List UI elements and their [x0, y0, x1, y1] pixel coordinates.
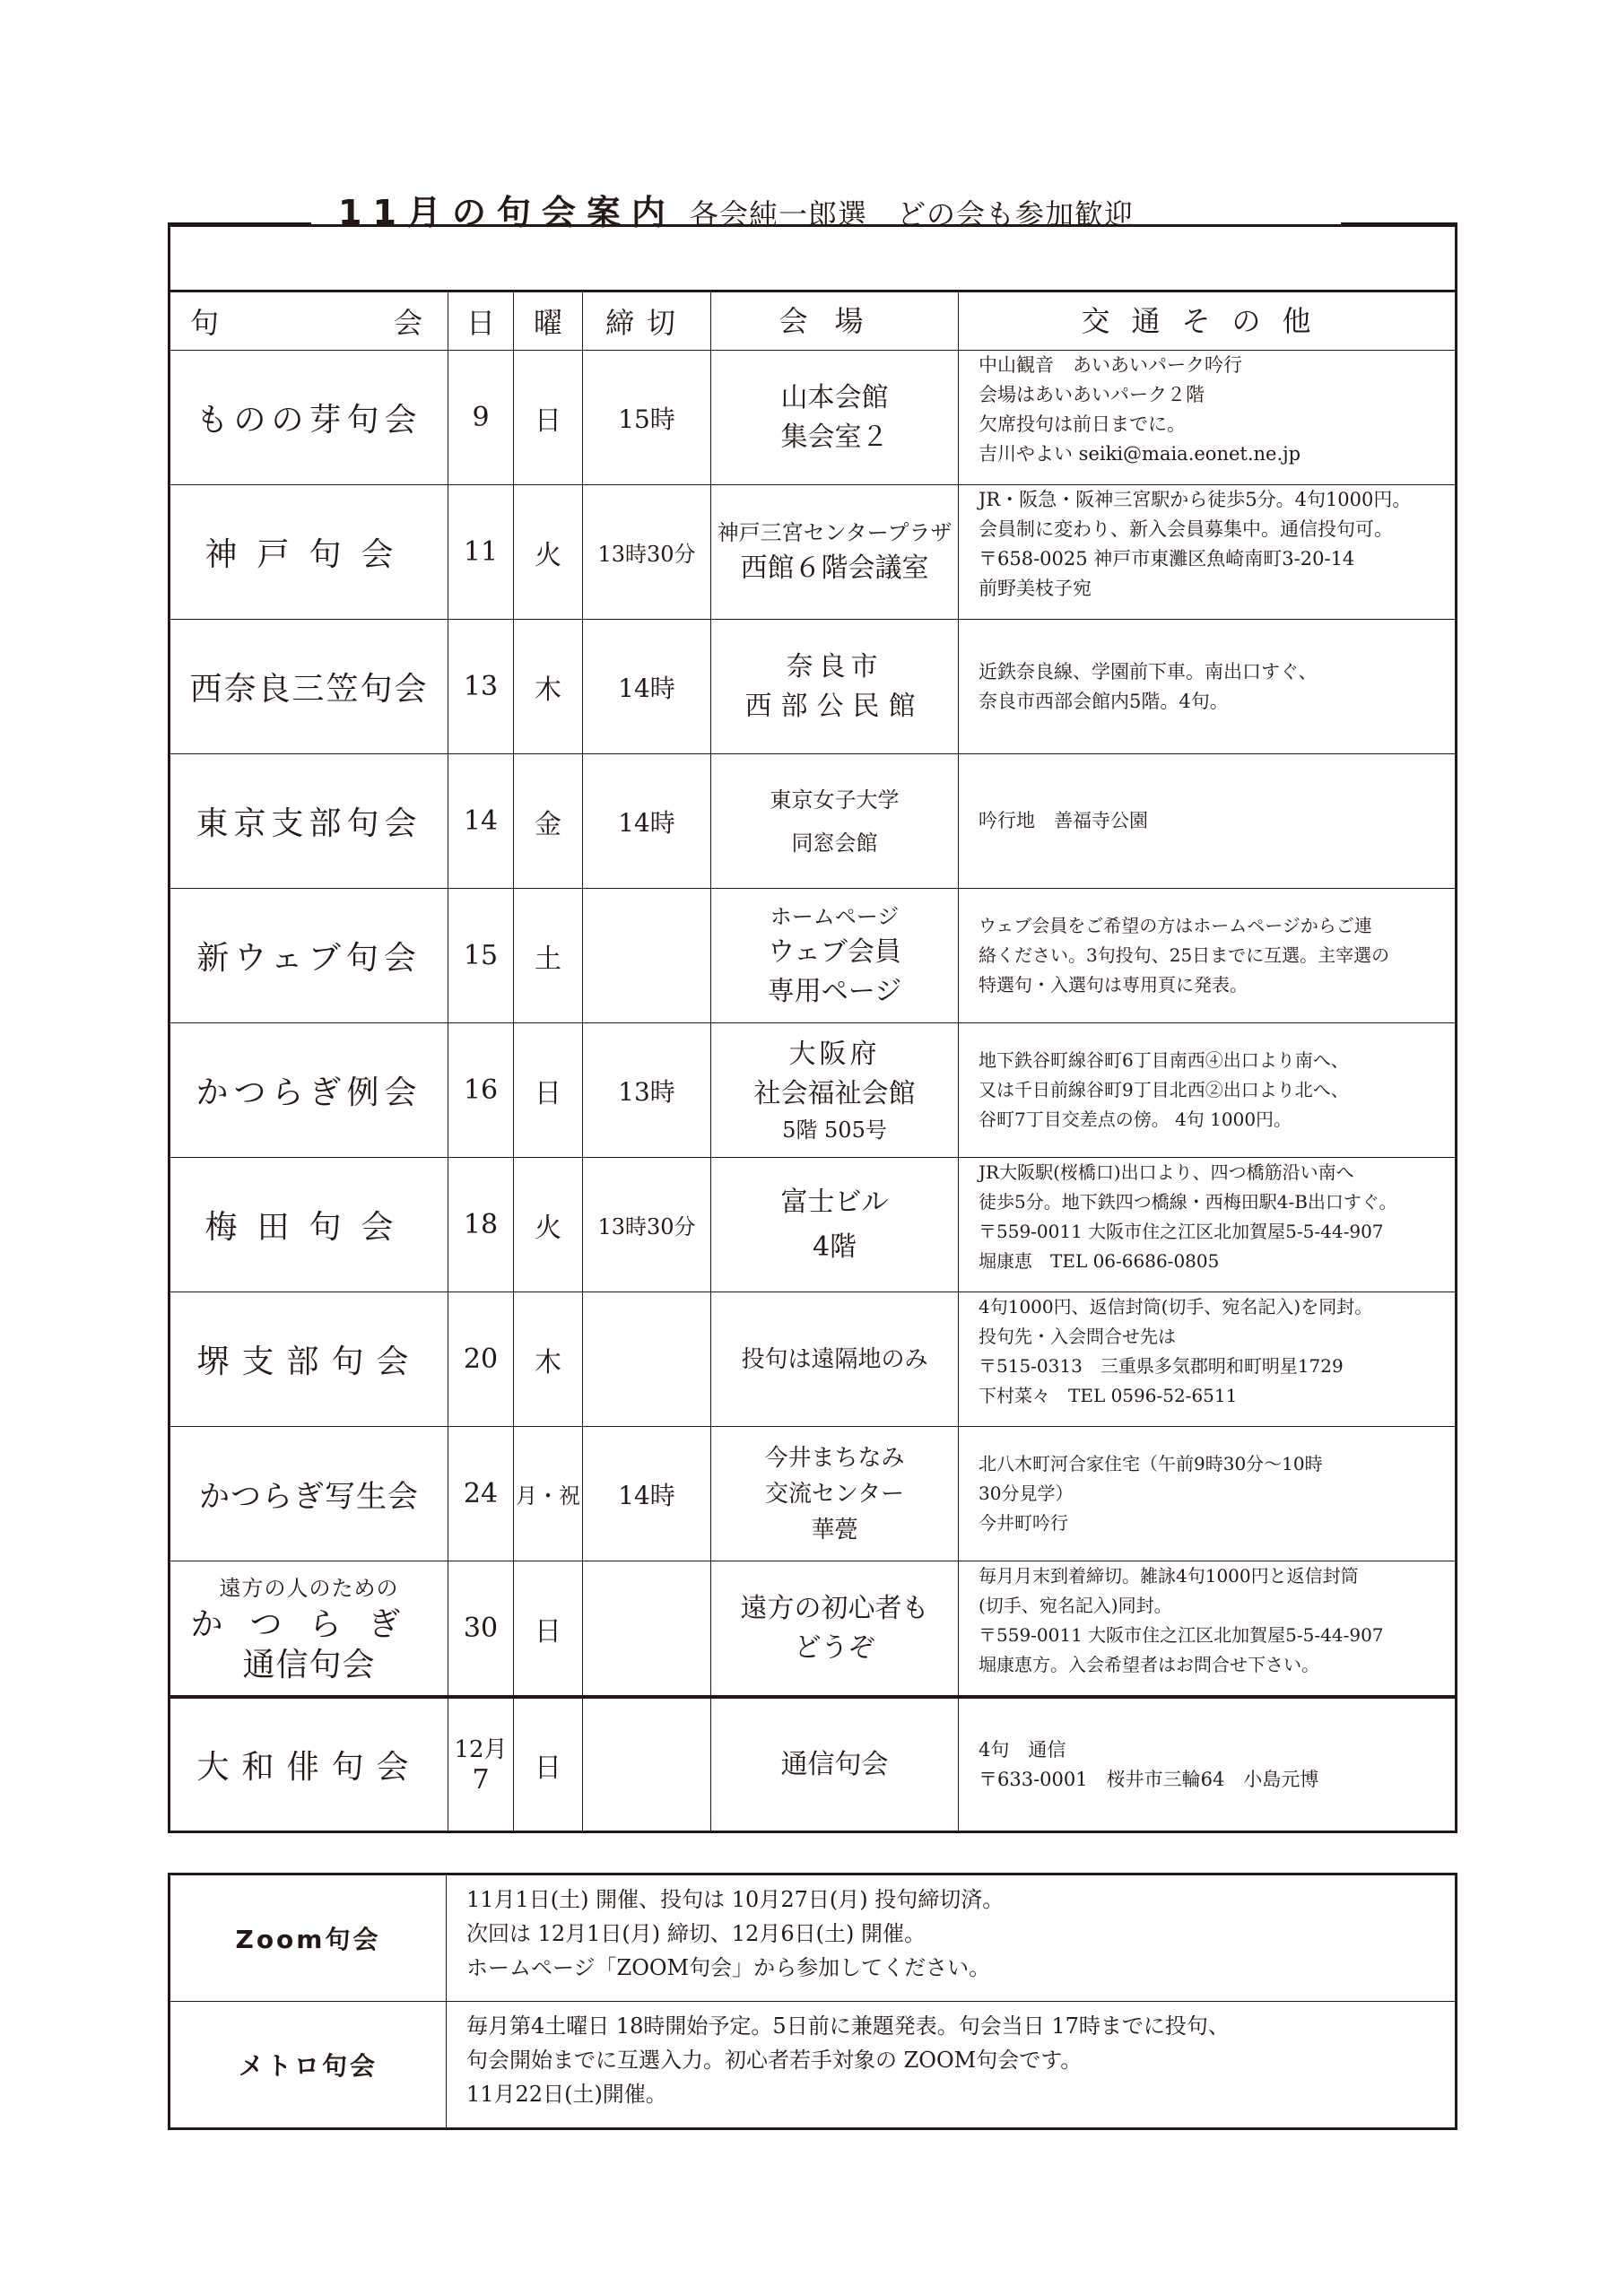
table-row: ものの芽句会 9 日 15時 山本会館 集会室２ 中山観音 あいあいパーク吟行 … — [170, 351, 1455, 485]
venue-line: 同窓会館 — [792, 822, 878, 865]
kukai-venue: 東京女子大学 同窓会館 — [711, 754, 959, 888]
kukai-venue: 山本会館 集会室２ — [711, 351, 959, 484]
kukai-info: JR・阪急・阪神三宮駅から徒歩5分。4句1000円。 会員制に変わり、新入会員募… — [959, 485, 1455, 619]
col-header-deadline: 締切 — [583, 292, 711, 350]
kukai-deadline: 14時 — [583, 620, 711, 753]
info-line: 地下鉄谷町線谷町6丁目南西④出口より南へ、 — [979, 1046, 1349, 1075]
venue-line: 通信句会 — [781, 1745, 889, 1785]
kukai-day: 24 — [448, 1427, 514, 1561]
info-line: 今井町吟行 — [979, 1509, 1068, 1538]
info-line: 会場はあいあいパーク２階 — [979, 380, 1205, 410]
online-line: ホームページ「ZOOM句会」から参加してください。 — [466, 1951, 1455, 1985]
kukai-info: 4句 通信 〒633-0001 桜井市三輪64 小島元博 — [959, 1699, 1455, 1831]
kukai-info: 北八木町河合家住宅（午前9時30分～10時 30分見学） 今井町吟行 — [959, 1427, 1455, 1561]
col-header-name-left: 句 — [190, 300, 224, 342]
kukai-schedule-table: 句 会 日 曜 締切 会場 交通その他 ものの芽句会 9 日 15時 山本会館 … — [168, 224, 1457, 1833]
venue-line: 華甍 — [811, 1512, 857, 1548]
kukai-day: 12月 7 — [448, 1699, 514, 1831]
kukai-deadline: 13時30分 — [583, 1158, 711, 1291]
venue-line: 4階 — [813, 1225, 857, 1270]
table-header-row: 句 会 日 曜 締切 会場 交通その他 — [170, 292, 1455, 351]
kukai-deadline: 13時30分 — [583, 485, 711, 619]
venue-line: 社会福祉会館 — [754, 1074, 916, 1114]
online-label: メトロ句会 — [170, 2002, 447, 2127]
kukai-weekday: 火 — [514, 1158, 583, 1291]
table-row: 大和俳句会 12月 7 日 通信句会 4句 通信 〒633-0001 桜井市三輪… — [170, 1696, 1455, 1831]
kukai-day: 18 — [448, 1158, 514, 1291]
info-line: 〒515-0313 三重県多気郡明和町明星1729 — [979, 1352, 1344, 1381]
kukai-deadline: 14時 — [583, 754, 711, 888]
col-header-name: 句 会 — [170, 292, 448, 350]
col-header-venue: 会場 — [711, 292, 959, 350]
venue-line: 奈良市 — [787, 648, 883, 687]
venue-line: 専用ページ — [768, 972, 901, 1012]
kukai-day: 9 — [448, 351, 514, 484]
kukai-info: 地下鉄谷町線谷町6丁目南西④出口より南へ、 又は千日前線谷町9丁目北西②出口より… — [959, 1023, 1455, 1157]
info-line: (切手、宛名記入)同封。 — [979, 1591, 1172, 1621]
kukai-name-prefix: 遠方の人のための — [219, 1572, 398, 1605]
kukai-info: 吟行地 善福寺公園 — [959, 754, 1455, 888]
kukai-day: 14 — [448, 754, 514, 888]
kukai-day-number: 7 — [472, 1765, 489, 1796]
info-line: 4句1000円、返信封筒(切手、宛名記入)を同封。 — [979, 1292, 1372, 1322]
online-row-zoom: Zoom句会 11月1日(土) 開催、投句は 10月27日(月) 投句締切済。 … — [170, 1875, 1455, 2001]
kukai-name: 堺支部句会 — [170, 1292, 448, 1426]
table-row: かつらぎ例会 16 日 13時 大阪府 社会福祉会館 5階 505号 地下鉄谷町… — [170, 1023, 1455, 1158]
info-line: 30分見学） — [979, 1479, 1073, 1509]
kukai-weekday: 日 — [514, 351, 583, 484]
online-line: 11月1日(土) 開催、投句は 10月27日(月) 投句締切済。 — [466, 1883, 1455, 1917]
kukai-venue: 遠方の初心者も どうぞ — [711, 1561, 959, 1695]
online-line: 次回は 12月1日(月) 締切、12月6日(土) 開催。 — [466, 1917, 1455, 1951]
venue-line: 神戸三宮センタープラザ — [718, 517, 953, 549]
info-line: 又は千日前線谷町9丁目北西②出口より北へ、 — [979, 1075, 1349, 1105]
kukai-weekday: 日 — [514, 1699, 583, 1831]
info-line: 〒633-0001 桜井市三輪64 小島元博 — [979, 1765, 1318, 1795]
kukai-venue: 投句は遠隔地のみ — [711, 1292, 959, 1426]
kukai-deadline — [583, 1292, 711, 1426]
table-row: 神戸句会 11 火 13時30分 神戸三宮センタープラザ 西館６階会議室 JR・… — [170, 485, 1455, 620]
info-line: 堀康恵方。入会希望者はお問合せ下さい。 — [979, 1650, 1319, 1680]
info-line: 谷町7丁目交差点の傍。 4句 1000円。 — [979, 1105, 1292, 1135]
info-line: 毎月月末到着締切。雑詠4句1000円と返信封筒 — [979, 1561, 1359, 1591]
info-line: 北八木町河合家住宅（午前9時30分～10時 — [979, 1449, 1323, 1479]
online-body: 11月1日(土) 開催、投句は 10月27日(月) 投句締切済。 次回は 12月… — [447, 1875, 1455, 2001]
kukai-info: 4句1000円、返信封筒(切手、宛名記入)を同封。 投句先・入会問合せ先は 〒5… — [959, 1292, 1455, 1426]
kukai-weekday: 木 — [514, 620, 583, 753]
venue-line: 交流センター — [765, 1476, 904, 1512]
kukai-info: 毎月月末到着締切。雑詠4句1000円と返信封筒 (切手、宛名記入)同封。 〒55… — [959, 1561, 1455, 1695]
kukai-name-stack: 遠方の人のための かつらぎ 通信句会 — [190, 1572, 427, 1685]
info-line: 奈良市西部会館内5階。4句。 — [979, 687, 1229, 717]
info-line: 投句先・入会問合せ先は — [979, 1322, 1176, 1352]
col-header-day: 日 — [448, 292, 514, 350]
col-header-name-right: 会 — [394, 300, 428, 342]
kukai-info: 近鉄奈良線、学園前下車。南出口すぐ、 奈良市西部会館内5階。4句。 — [959, 620, 1455, 753]
kukai-name-suffix: 通信句会 — [242, 1646, 375, 1685]
info-line: 〒559-0011 大阪市住之江区北加賀屋5-5-44-907 — [979, 1621, 1384, 1650]
venue-line: ホームページ — [770, 900, 900, 933]
info-line: 会員制に変わり、新入会員募集中。通信投句可。 — [979, 515, 1393, 544]
kukai-name-main: かつらぎ — [190, 1605, 427, 1646]
blank-row — [170, 227, 1455, 292]
kukai-day: 15 — [448, 889, 514, 1022]
kukai-day: 13 — [448, 620, 514, 753]
online-kukai-table: Zoom句会 11月1日(土) 開催、投句は 10月27日(月) 投句締切済。 … — [168, 1873, 1457, 2130]
venue-line: 西部公民館 — [745, 687, 925, 726]
kukai-venue: 大阪府 社会福祉会館 5階 505号 — [711, 1023, 959, 1157]
online-line: 毎月第4土曜日 18時開始予定。5日前に兼題発表。句会当日 17時までに投句、 — [466, 2009, 1455, 2043]
info-line: 特選句・入選句は専用頁に発表。 — [979, 970, 1248, 1000]
venue-line: 投句は遠隔地のみ — [741, 1344, 927, 1376]
col-header-info: 交通その他 — [959, 292, 1455, 350]
kukai-name: 遠方の人のための かつらぎ 通信句会 — [170, 1561, 448, 1695]
kukai-weekday: 金 — [514, 754, 583, 888]
kukai-weekday: 日 — [514, 1561, 583, 1695]
info-line: 〒658-0025 神戸市東灘区魚崎南町3-20-14 — [979, 544, 1354, 574]
venue-line: 集会室２ — [781, 418, 889, 457]
kukai-name: かつらぎ例会 — [170, 1023, 448, 1157]
venue-line: 5階 505号 — [782, 1114, 887, 1146]
venue-line: ウェブ会員 — [768, 933, 901, 972]
kukai-name: 神戸句会 — [170, 485, 448, 619]
info-line: 欠席投句は前日までに。 — [979, 410, 1186, 439]
kukai-weekday: 土 — [514, 889, 583, 1022]
venue-line: 今井まちなみ — [764, 1440, 904, 1476]
kukai-name: ものの芽句会 — [170, 351, 448, 484]
kukai-info: 中山観音 あいあいパーク吟行 会場はあいあいパーク２階 欠席投句は前日までに。 … — [959, 351, 1455, 484]
info-line: JR・阪急・阪神三宮駅から徒歩5分。4句1000円。 — [979, 485, 1411, 515]
table-row: 堺支部句会 20 木 投句は遠隔地のみ 4句1000円、返信封筒(切手、宛名記入… — [170, 1292, 1455, 1427]
venue-line: 西館６階会議室 — [741, 549, 929, 588]
kukai-weekday: 月・祝 — [514, 1427, 583, 1561]
venue-line: 富士ビル — [781, 1180, 889, 1225]
kukai-venue: 神戸三宮センタープラザ 西館６階会議室 — [711, 485, 959, 619]
kukai-venue: 奈良市 西部公民館 — [711, 620, 959, 753]
kukai-venue: 今井まちなみ 交流センター 華甍 — [711, 1427, 959, 1561]
table-row: 梅田句会 18 火 13時30分 富士ビル 4階 JR大阪駅(桜橋口)出口より、… — [170, 1158, 1455, 1292]
online-row-metro: メトロ句会 毎月第4土曜日 18時開始予定。5日前に兼題発表。句会当日 17時ま… — [170, 2001, 1455, 2127]
kukai-name: 東京支部句会 — [170, 754, 448, 888]
venue-line: どうぞ — [795, 1629, 875, 1668]
table-row: 新ウェブ句会 15 土 ホームページ ウェブ会員 専用ページ ウェブ会員をご希望… — [170, 889, 1455, 1023]
info-line: 吟行地 善福寺公園 — [979, 806, 1148, 836]
online-line: 句会開始までに互選入力。初心者若手対象の ZOOM句会です。 — [466, 2043, 1455, 2077]
kukai-venue: 通信句会 — [711, 1699, 959, 1831]
kukai-day: 11 — [448, 485, 514, 619]
info-line: ウェブ会員をご希望の方はホームページからご連 — [979, 911, 1372, 941]
table-row: 西奈良三笠句会 13 木 14時 奈良市 西部公民館 近鉄奈良線、学園前下車。南… — [170, 620, 1455, 754]
venue-line: 東京女子大学 — [770, 778, 900, 822]
kukai-deadline: 15時 — [583, 351, 711, 484]
kukai-venue: 富士ビル 4階 — [711, 1158, 959, 1291]
kukai-name: 西奈良三笠句会 — [170, 620, 448, 753]
kukai-weekday: 日 — [514, 1023, 583, 1157]
info-line: 中山観音 あいあいパーク吟行 — [979, 351, 1242, 380]
table-row: かつらぎ写生会 24 月・祝 14時 今井まちなみ 交流センター 華甍 北八木町… — [170, 1427, 1455, 1561]
info-line: 徒歩5分。地下鉄四つ橋線・西梅田駅4-B出口すぐ。 — [979, 1187, 1397, 1217]
online-line: 11月22日(土)開催。 — [466, 2077, 1455, 2111]
kukai-day: 20 — [448, 1292, 514, 1426]
info-email-line: 吉川やよい seiki@maia.eonet.ne.jp — [979, 439, 1300, 469]
kukai-info: JR大阪駅(桜橋口)出口より、四つ橋筋沿い南へ 徒歩5分。地下鉄四つ橋線・西梅田… — [959, 1158, 1455, 1291]
info-line: 絡ください。3句投句、25日までに互選。主宰選の — [979, 941, 1389, 970]
kukai-weekday: 火 — [514, 485, 583, 619]
kukai-day: 30 — [448, 1561, 514, 1695]
kukai-deadline — [583, 1699, 711, 1831]
kukai-name: 大和俳句会 — [170, 1699, 448, 1831]
table-row: 遠方の人のための かつらぎ 通信句会 30 日 遠方の初心者も どうぞ 毎月月末… — [170, 1561, 1455, 1696]
kukai-venue: ホームページ ウェブ会員 専用ページ — [711, 889, 959, 1022]
info-line: 前野美枝子宛 — [979, 574, 1092, 604]
kukai-name: 新ウェブ句会 — [170, 889, 448, 1022]
online-body: 毎月第4土曜日 18時開始予定。5日前に兼題発表。句会当日 17時までに投句、 … — [447, 2002, 1455, 2127]
kukai-info: ウェブ会員をご希望の方はホームページからご連 絡ください。3句投句、25日までに… — [959, 889, 1455, 1022]
online-label: Zoom句会 — [170, 1875, 447, 2001]
info-phone-line: 下村菜々 TEL 0596-52-6511 — [979, 1381, 1237, 1411]
kukai-deadline — [583, 1561, 711, 1695]
info-phone-line: 堀康恵 TEL 06-6686-0805 — [979, 1247, 1219, 1276]
kukai-deadline — [583, 889, 711, 1022]
kukai-name: かつらぎ写生会 — [170, 1427, 448, 1561]
venue-line: 山本会館 — [781, 378, 889, 418]
kukai-weekday: 木 — [514, 1292, 583, 1426]
info-line: JR大阪駅(桜橋口)出口より、四つ橋筋沿い南へ — [979, 1158, 1354, 1187]
col-header-weekday: 曜 — [514, 292, 583, 350]
kukai-day: 16 — [448, 1023, 514, 1157]
venue-line: 遠方の初心者も — [741, 1589, 929, 1629]
kukai-name: 梅田句会 — [170, 1158, 448, 1291]
info-line: 近鉄奈良線、学園前下車。南出口すぐ、 — [979, 657, 1318, 687]
kukai-deadline: 13時 — [583, 1023, 711, 1157]
kukai-deadline: 14時 — [583, 1427, 711, 1561]
venue-line: 大阪府 — [789, 1035, 881, 1074]
info-line: 〒559-0011 大阪市住之江区北加賀屋5-5-44-907 — [979, 1217, 1384, 1247]
info-line: 4句 通信 — [979, 1735, 1066, 1765]
kukai-day-month: 12月 — [454, 1735, 507, 1765]
table-row: 東京支部句会 14 金 14時 東京女子大学 同窓会館 吟行地 善福寺公園 — [170, 754, 1455, 889]
